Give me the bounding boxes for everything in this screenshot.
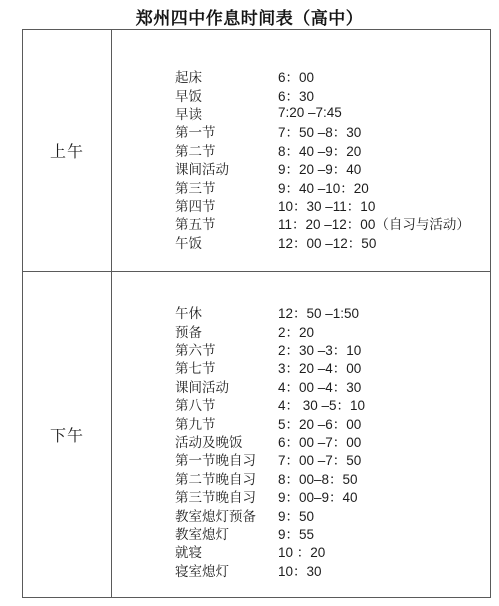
time-value: 9：55 bbox=[278, 523, 490, 543]
activity-label: 课间活动 bbox=[175, 158, 278, 178]
schedule-row: 第四节10：30 –11：10 bbox=[112, 196, 490, 214]
activity-label: 预备 bbox=[175, 321, 278, 341]
time-value: 2：20 bbox=[278, 321, 490, 341]
activity-label: 第一节晚自习 bbox=[175, 449, 278, 469]
time-value: 7：50 –8：30 bbox=[278, 121, 490, 141]
schedule-row: 教室熄灯预备9：50 bbox=[112, 505, 490, 523]
activity-label: 早读 bbox=[175, 103, 278, 123]
schedule-row: 课间活动9：20 –9：40 bbox=[112, 159, 490, 177]
schedule-row: 第二节8：40 –9：20 bbox=[112, 141, 490, 159]
time-value: 4：00 –4：30 bbox=[278, 376, 490, 396]
schedule-row: 第一节7：50 –8：30 bbox=[112, 122, 490, 140]
activity-label: 第二节 bbox=[175, 140, 278, 160]
schedule-row: 活动及晚饭6：00 –7：00 bbox=[112, 432, 490, 450]
activity-label: 起床 bbox=[175, 66, 278, 86]
schedule-page: 郑州四中作息时间表（高中） 上午 起床6：00早饭6：30早读7:20 –7:4… bbox=[0, 0, 499, 606]
schedule-row: 第五节11：20 –12：00（自习与活动） bbox=[112, 214, 490, 232]
page-title: 郑州四中作息时间表（高中） bbox=[0, 4, 499, 29]
schedule-row: 起床6：00 bbox=[112, 67, 490, 85]
activity-label: 第三节晚自习 bbox=[175, 486, 278, 506]
activity-label: 早饭 bbox=[175, 85, 278, 105]
time-value: 10：30 bbox=[278, 560, 490, 580]
time-value: 9：40 –10：20 bbox=[278, 177, 490, 197]
activity-label: 寝室熄灯 bbox=[175, 560, 278, 580]
activity-label: 第三节 bbox=[175, 177, 278, 197]
schedule-row: 第七节3：20 –4：00 bbox=[112, 358, 490, 376]
activity-label: 教室熄灯 bbox=[175, 523, 278, 543]
schedule-row: 早读7:20 –7:45 bbox=[112, 104, 490, 122]
time-value: 3：20 –4：00 bbox=[278, 357, 490, 377]
activity-label: 午饭 bbox=[175, 232, 278, 252]
schedule-row: 就寝10 ：20 bbox=[112, 542, 490, 560]
activity-label: 第六节 bbox=[175, 339, 278, 359]
section-morning: 上午 起床6：00早饭6：30早读7:20 –7:45第一节7：50 –8：30… bbox=[23, 30, 490, 271]
time-value: 9：20 –9：40 bbox=[278, 158, 490, 178]
time-value: 7：00 –7：50 bbox=[278, 449, 490, 469]
section-afternoon: 下午 午休12：50 –1:50预备2：20第六节2：30 –3：10第七节3：… bbox=[23, 271, 490, 597]
time-value: 10：30 –11：10 bbox=[278, 195, 490, 215]
activity-label: 活动及晚饭 bbox=[175, 431, 278, 451]
schedule-row: 早饭6：30 bbox=[112, 85, 490, 103]
schedule-row: 第一节晚自习7：00 –7：50 bbox=[112, 450, 490, 468]
section-rows-afternoon: 午休12：50 –1:50预备2：20第六节2：30 –3：10第七节3：20 … bbox=[112, 272, 490, 597]
schedule-row: 第九节5：20 –6：00 bbox=[112, 413, 490, 431]
schedule-row: 第二节晚自习8：00–8：50 bbox=[112, 469, 490, 487]
time-value: 6：00 –7：00 bbox=[278, 431, 490, 451]
schedule-row: 第三节9：40 –10：20 bbox=[112, 177, 490, 195]
activity-label: 课间活动 bbox=[175, 376, 278, 396]
time-value: 4： 30 –5：10 bbox=[278, 394, 490, 414]
activity-label: 第八节 bbox=[175, 394, 278, 414]
time-value: 5：20 –6：00 bbox=[278, 413, 490, 433]
time-value: 10 ：20 bbox=[278, 541, 490, 561]
activity-label: 第七节 bbox=[175, 357, 278, 377]
schedule-row: 寝室熄灯10：30 bbox=[112, 560, 490, 578]
section-rows-morning: 起床6：00早饭6：30早读7:20 –7:45第一节7：50 –8：30第二节… bbox=[112, 30, 490, 271]
schedule-row: 午饭12：00 –12：50 bbox=[112, 233, 490, 251]
time-value: 2：30 –3：10 bbox=[278, 339, 490, 359]
time-value: 12：50 –1:50 bbox=[278, 302, 490, 322]
activity-label: 第五节 bbox=[175, 213, 278, 233]
schedule-row: 第三节晚自习9：00–9：40 bbox=[112, 487, 490, 505]
time-value: 6：00 bbox=[278, 66, 490, 86]
section-label-morning: 上午 bbox=[23, 30, 112, 271]
time-value: 7:20 –7:45 bbox=[278, 105, 490, 120]
activity-label: 第二节晚自习 bbox=[175, 468, 278, 488]
time-value: 12：00 –12：50 bbox=[278, 232, 490, 252]
activity-label: 教室熄灯预备 bbox=[175, 505, 278, 525]
schedule-row: 教室熄灯9：55 bbox=[112, 524, 490, 542]
time-value: 8：40 –9：20 bbox=[278, 140, 490, 160]
activity-label: 午休 bbox=[175, 302, 278, 322]
activity-label: 第四节 bbox=[175, 195, 278, 215]
schedule-row: 第八节4： 30 –5：10 bbox=[112, 395, 490, 413]
schedule-row: 午休12：50 –1:50 bbox=[112, 303, 490, 321]
time-value: 9：00–9：40 bbox=[278, 486, 490, 506]
time-value: 6：30 bbox=[278, 85, 490, 105]
schedule-row: 课间活动4：00 –4：30 bbox=[112, 377, 490, 395]
time-value: 8：00–8：50 bbox=[278, 468, 490, 488]
schedule-table: 上午 起床6：00早饭6：30早读7:20 –7:45第一节7：50 –8：30… bbox=[22, 29, 491, 598]
activity-label: 就寝 bbox=[175, 541, 278, 561]
time-value: 9：50 bbox=[278, 505, 490, 525]
time-value: 11：20 –12：00（自习与活动） bbox=[278, 213, 490, 233]
schedule-row: 预备2：20 bbox=[112, 321, 490, 339]
activity-label: 第一节 bbox=[175, 121, 278, 141]
activity-label: 第九节 bbox=[175, 413, 278, 433]
schedule-row: 第六节2：30 –3：10 bbox=[112, 340, 490, 358]
section-label-afternoon: 下午 bbox=[23, 272, 112, 597]
